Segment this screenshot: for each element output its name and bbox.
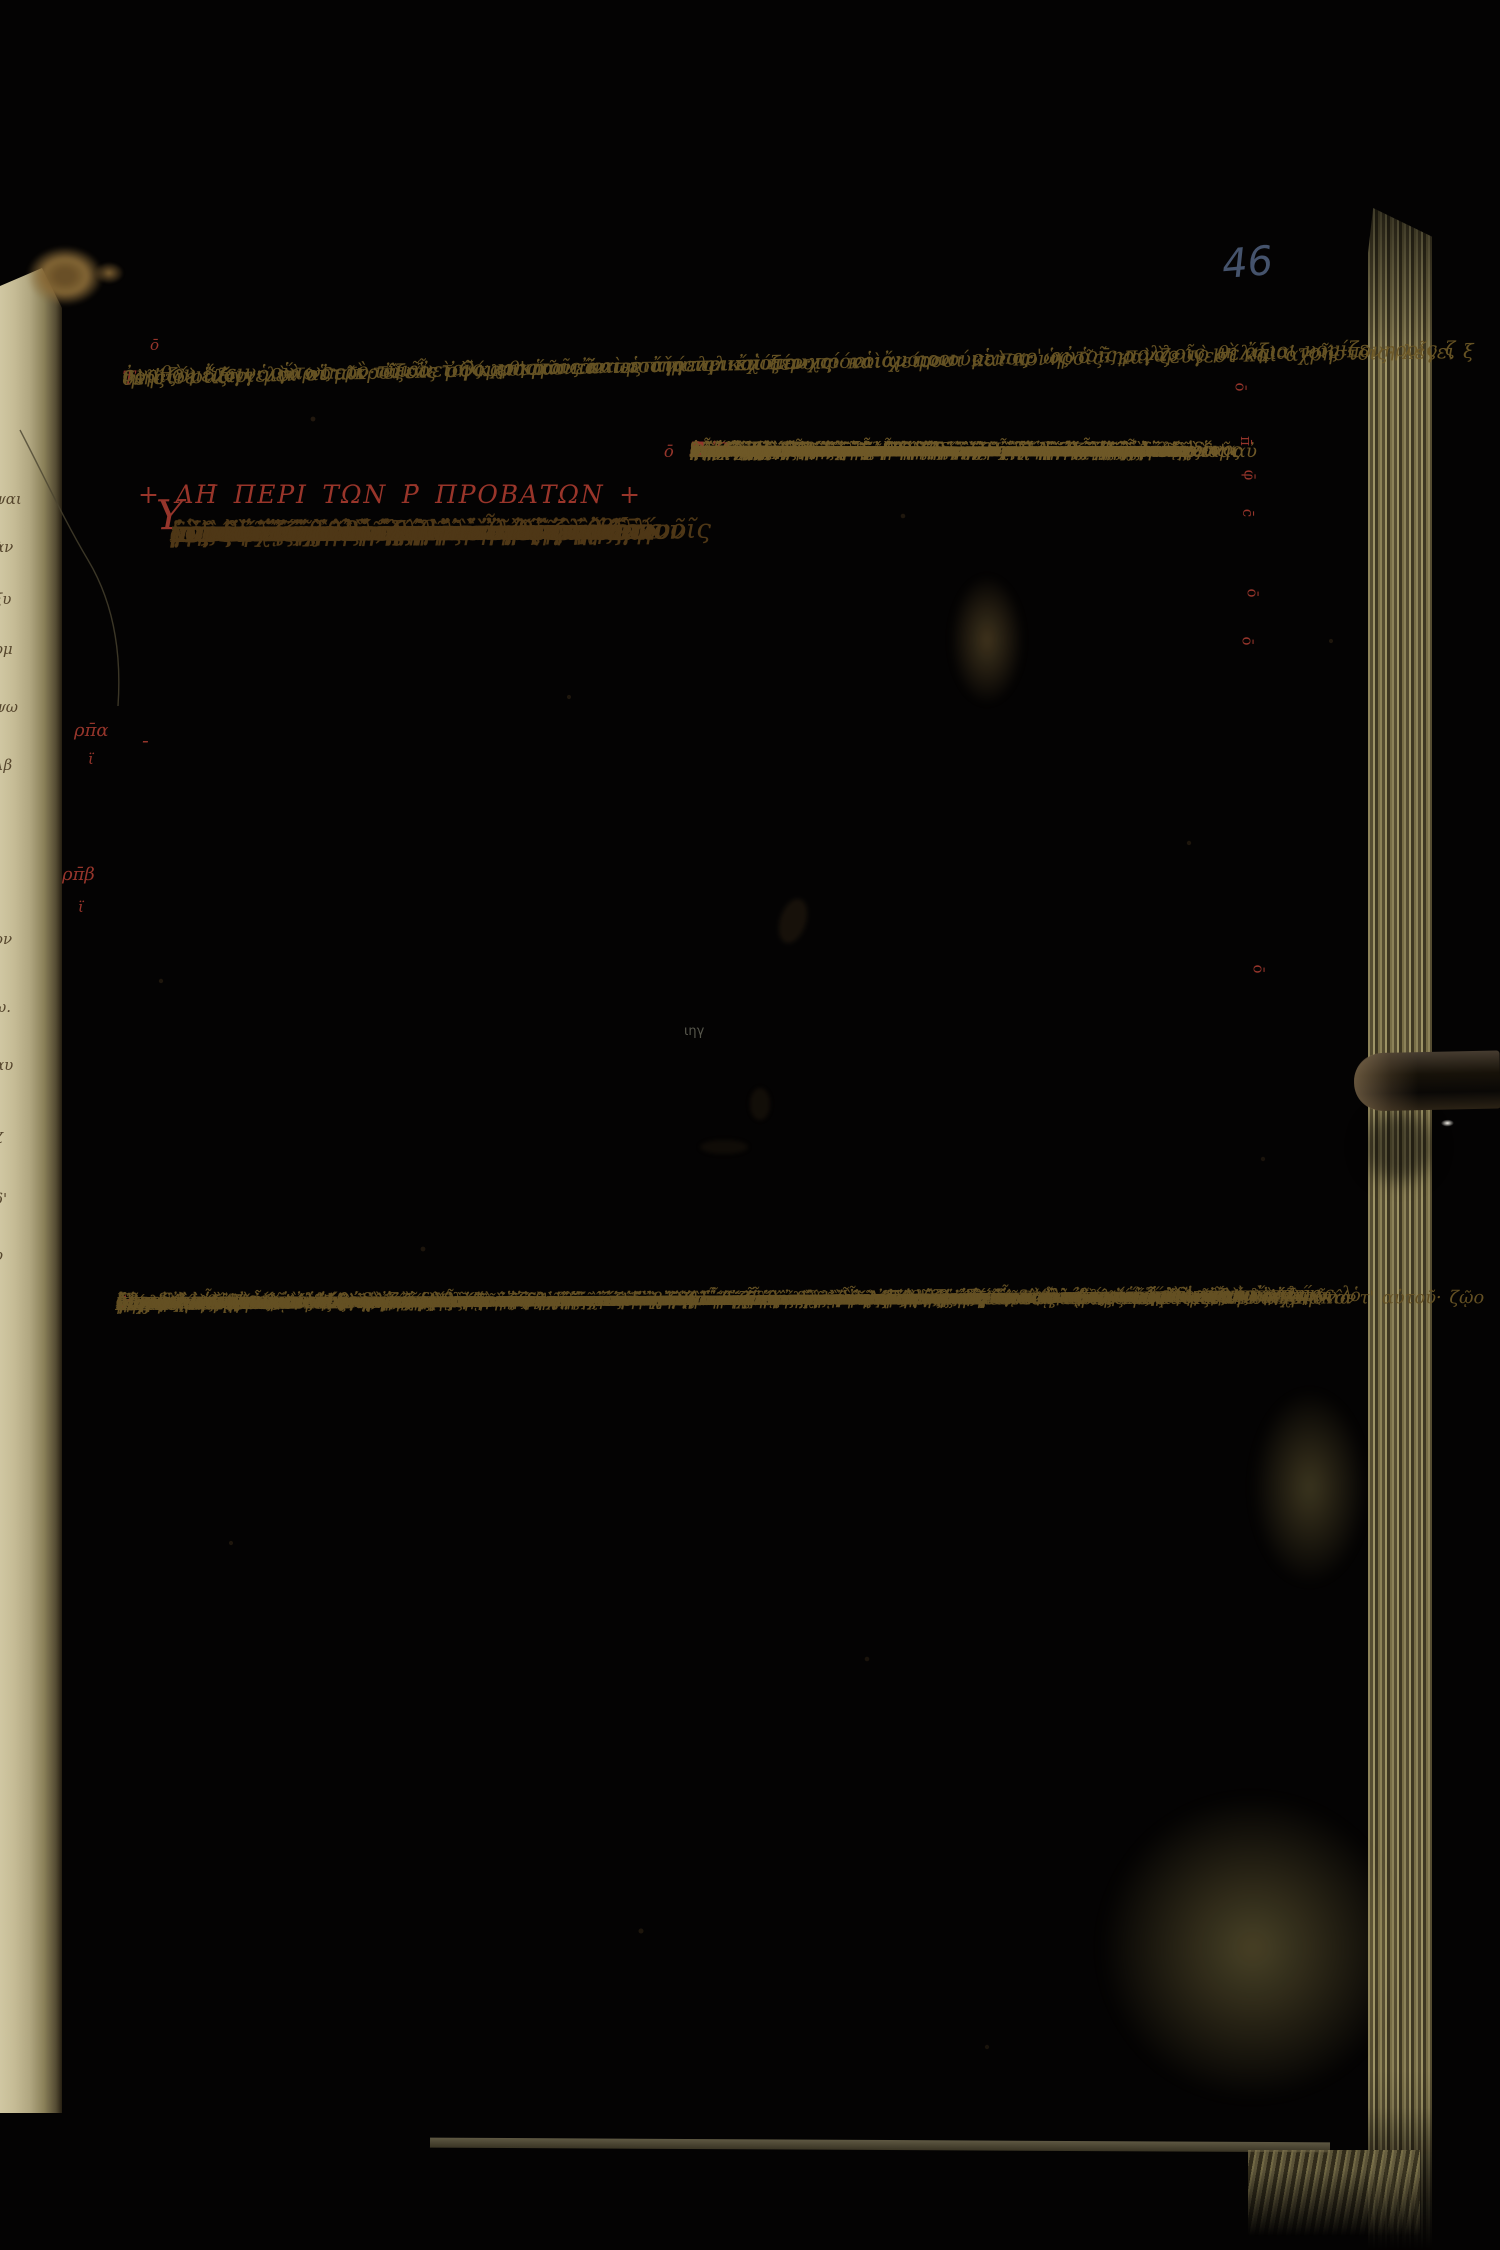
page-weight-tip bbox=[1353, 1052, 1418, 1111]
parchment-stain-right bbox=[1252, 1390, 1367, 1585]
margin-siglum: π̄ bbox=[1237, 436, 1255, 446]
ink-text: κοντα ἐννέα τοῖς μὴ πε bbox=[170, 513, 480, 552]
bottom-page-edges bbox=[1248, 2150, 1420, 2246]
parchment-stain-bottom bbox=[1100, 1795, 1405, 2100]
gutter-text-fragment: ον bbox=[0, 932, 24, 947]
gutter-text-fragment: ψαι bbox=[0, 492, 24, 507]
pencil-note: ιηγ bbox=[684, 1024, 704, 1039]
ink-text: τὸ αὐτὸν δι' ἀπολέσθαι γε μή· τοίνυν ἀμε… bbox=[690, 436, 1200, 465]
gutter-text-fragment: ω. bbox=[0, 1000, 24, 1015]
margin-siglum: ο̄ bbox=[1239, 636, 1257, 645]
gutter-text-fragment: χ bbox=[0, 1128, 24, 1143]
margin-siglum: ο̄ bbox=[1232, 382, 1250, 391]
margin-siglum: ϲ̄ bbox=[1239, 509, 1257, 517]
chapter-heading: + ΛΗ̄ ΠΕΡΙ ΤΩΝ Ρ̄ ΠΡΟΒΑΤΩΝ + bbox=[138, 480, 642, 509]
gutter-text-fragment: ρμ bbox=[0, 642, 24, 657]
margin-label: ϊ bbox=[78, 898, 84, 916]
gutter-text-fragment: ὰν bbox=[0, 540, 24, 555]
folio-number: 46 bbox=[1220, 238, 1275, 288]
margin-label: ο̄ bbox=[150, 336, 159, 354]
margin-siglum: φ̄ bbox=[1240, 470, 1258, 481]
ink-smudge bbox=[700, 1140, 748, 1154]
rubric-text: ο̄ bbox=[664, 438, 674, 465]
gutter-text-fragment: αυ bbox=[0, 1058, 24, 1073]
margin-label: ‑ bbox=[142, 728, 149, 752]
manuscript-photo: 46 Τιμῆς δὲ ἄξιοι μὲν οἱ μικροὶ οἷς μὴ κ… bbox=[0, 0, 1500, 2250]
ink-smudge bbox=[750, 1088, 770, 1120]
gutter-text-fragment: ρ bbox=[0, 1248, 24, 1263]
ink-text: χ' καλὴν ψυχὴν λίαν καλῶς· μὴ δὲ συμφέρο… bbox=[116, 1285, 950, 1314]
gutter-text-fragment: ψω bbox=[0, 700, 24, 715]
parchment-speckles bbox=[0, 0, 2, 2]
page-weight bbox=[1353, 1026, 1500, 1129]
parchment-smear bbox=[950, 575, 1024, 705]
margin-label: ϊ bbox=[88, 750, 94, 768]
margin-label: ρπ̄β bbox=[62, 864, 95, 885]
gutter-text-fragment: ξυ bbox=[0, 592, 24, 607]
margin-siglum: ο̄ bbox=[1250, 964, 1268, 973]
margin-label: ρπ̄α bbox=[74, 720, 109, 741]
margin-siglum: ο̄ bbox=[1244, 588, 1262, 597]
gutter-text-fragment: λβ bbox=[0, 758, 24, 773]
gutter-text-fragment: δ' bbox=[0, 1192, 24, 1207]
ink-stain-small bbox=[94, 262, 124, 284]
specular-highlight bbox=[1441, 1119, 1454, 1126]
